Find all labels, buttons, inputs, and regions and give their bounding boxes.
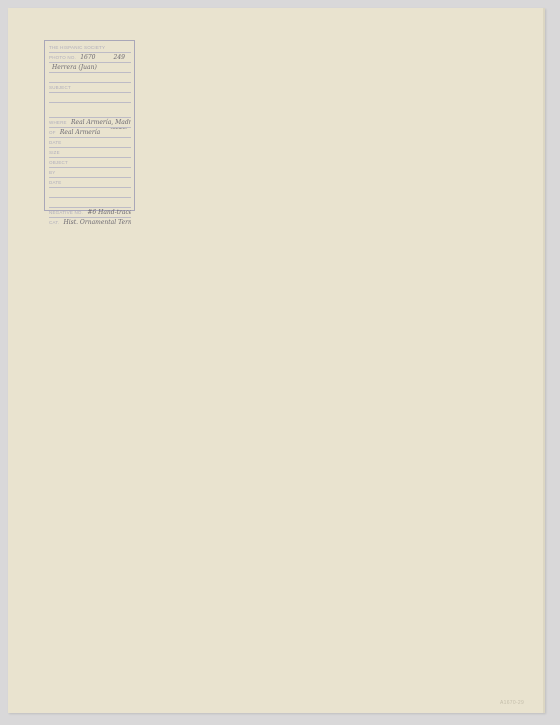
stamp-row-subject: Subject xyxy=(49,83,131,93)
stamp-row-institution: The Hispanic Society xyxy=(49,43,131,53)
stamp-row-photo-number: Photo No. 1670 249 xyxy=(49,53,131,63)
accession-mark: A1670-29 xyxy=(500,700,524,706)
stamp-row-object: Object xyxy=(49,158,131,168)
handwritten-location: Real Armería, Madrid xyxy=(71,119,131,126)
stamp-label: Subject xyxy=(49,85,71,90)
handwritten-catalogue: Hist. Ornamental Term xyxy=(63,219,131,226)
stamp-label: Where xyxy=(49,120,67,125)
stamp-label: By xyxy=(49,170,55,175)
handwritten-negative: #6 Hand-trace xyxy=(87,209,131,216)
handwritten-note: caballo xyxy=(111,128,127,133)
stamp-label: Of xyxy=(49,130,56,135)
stamp-row-blank xyxy=(49,93,131,103)
stamp-label: The Hispanic Society xyxy=(49,45,105,50)
stamp-row-blank xyxy=(49,73,131,83)
handwritten-artist: Herrera (Juan) xyxy=(52,64,97,71)
stamp-row-blank xyxy=(49,103,131,118)
stamp-label: Photo No. xyxy=(49,55,76,60)
stamp-label: Date xyxy=(49,140,61,145)
catalogue-stamp: The Hispanic Society Photo No. 1670 249 … xyxy=(44,40,135,211)
stamp-row-artist: Herrera (Juan) xyxy=(49,63,131,73)
handwritten-photo-number: 1670 xyxy=(80,54,95,61)
handwritten-collection: Real Armería xyxy=(60,129,100,136)
stamp-label: Date xyxy=(49,180,61,185)
stamp-row-date-2: Date xyxy=(49,178,131,188)
stamp-row-negative: Negative No. #6 Hand-trace xyxy=(49,208,131,218)
stamp-row-blank xyxy=(49,198,131,208)
stamp-row-blank xyxy=(49,188,131,198)
stamp-row-date: Date xyxy=(49,138,131,148)
stamp-row-by: By xyxy=(49,168,131,178)
stamp-row-of: Of Real Armería caballo xyxy=(49,128,131,138)
stamp-label: Object xyxy=(49,160,68,165)
handwritten-page-number: 249 xyxy=(114,53,125,62)
stamp-label: Negative No. xyxy=(49,210,83,215)
stamp-row-size: Size xyxy=(49,148,131,158)
paper-sheet: The Hispanic Society Photo No. 1670 249 … xyxy=(8,8,545,713)
stamp-label: Cat. xyxy=(49,220,59,225)
stamp-row-where: Where Real Armería, Madrid xyxy=(49,118,131,128)
stamp-row-catalogue: Cat. Hist. Ornamental Term xyxy=(49,218,131,227)
stamp-label: Size xyxy=(49,150,60,155)
